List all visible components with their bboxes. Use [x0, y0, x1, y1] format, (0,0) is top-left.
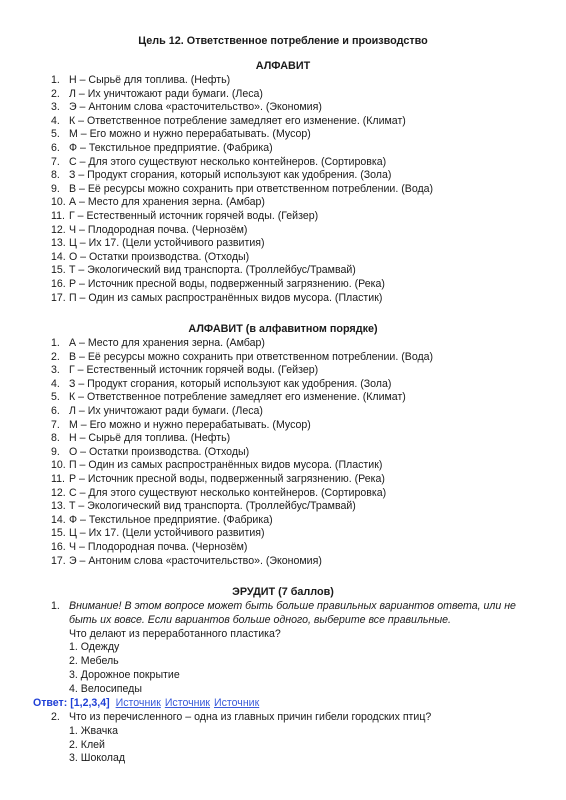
source-link[interactable]: Источник [165, 697, 210, 709]
item-number: 2. [51, 88, 60, 102]
item-number: 3. [51, 101, 60, 115]
option: 1. Жвачка [69, 725, 521, 739]
item-number: 17. [51, 555, 66, 569]
item-text: Л – Их уничтожают ради бумаги. (Леса) [69, 405, 263, 417]
item-number: 16. [51, 278, 66, 292]
item-text: А – Место для хранения зерна. (Амбар) [69, 337, 265, 349]
item-number: 7. [51, 156, 60, 170]
list-item: 2.Л – Их уничтожают ради бумаги. (Леса) [51, 88, 433, 102]
item-number: 9. [51, 446, 60, 460]
item-number: 5. [51, 391, 60, 405]
list-item: 6.Ф – Текстильное предприятие. (Фабрика) [51, 142, 433, 156]
question-text: Что из перечисленного – одна из главных … [69, 711, 521, 725]
item-text: Р – Источник пресной воды, подверженный … [69, 473, 385, 485]
option: 1. Одежду [69, 641, 521, 655]
list-item: 3.Э – Антоним слова «расточительство». (… [51, 101, 433, 115]
list-item: 8.Н – Сырьё для топлива. (Нефть) [51, 432, 433, 446]
list-item: 1.А – Место для хранения зерна. (Амбар) [51, 337, 433, 351]
list-item: 8.З – Продукт сгорания, который использу… [51, 169, 433, 183]
item-number: 14. [51, 251, 66, 265]
source-link[interactable]: Источник [214, 697, 259, 709]
item-text: Н – Сырьё для топлива. (Нефть) [69, 74, 230, 86]
item-text: Н – Сырьё для топлива. (Нефть) [69, 432, 230, 444]
item-text: О – Остатки производства. (Отходы) [69, 251, 249, 263]
answer-label: Ответ: [1,2,3,4] [33, 697, 110, 709]
item-text: В – Её ресурсы можно сохранить при ответ… [69, 183, 433, 195]
item-text: Л – Их уничтожают ради бумаги. (Леса) [69, 88, 263, 100]
item-text: Т – Экологический вид транспорта. (Тролл… [69, 500, 356, 512]
list-item: 4.З – Продукт сгорания, который использу… [51, 378, 433, 392]
item-number: 2. [51, 351, 60, 365]
alphabet-list: 1.Н – Сырьё для топлива. (Нефть)2.Л – Их… [51, 74, 433, 305]
item-number: 11. [51, 210, 65, 224]
list-item: 3.Г – Естественный источник горячей воды… [51, 364, 433, 378]
item-text: Ц – Их 17. (Цели устойчивого развития) [69, 237, 265, 249]
list-item: 14.О – Остатки производства. (Отходы) [51, 251, 433, 265]
option: 3. Дорожное покрытие [69, 669, 521, 683]
item-number: 3. [51, 364, 60, 378]
list-item: 17.Э – Антоним слова «расточительство». … [51, 555, 433, 569]
list-item: 15.Т – Экологический вид транспорта. (Тр… [51, 264, 433, 278]
item-number: 16. [51, 541, 66, 555]
item-text: М – Его можно и нужно перерабатывать. (М… [69, 128, 311, 140]
item-text: Г – Естественный источник горячей воды. … [69, 364, 318, 376]
item-text: К – Ответственное потребление замедляет … [69, 391, 406, 403]
item-text: Э – Антоним слова «расточительство». (Эк… [69, 101, 322, 113]
item-text: З – Продукт сгорания, который используют… [69, 378, 391, 390]
item-text: П – Один из самых распространённых видов… [69, 292, 382, 304]
item-number: 11. [51, 473, 65, 487]
item-text: Ф – Текстильное предприятие. (Фабрика) [69, 514, 273, 526]
item-number: 15. [51, 264, 66, 278]
item-number: 17. [51, 292, 66, 306]
list-item: 14.Ф – Текстильное предприятие. (Фабрика… [51, 514, 433, 528]
item-text: М – Его можно и нужно перерабатывать. (М… [69, 419, 311, 431]
item-text: С – Для этого существуют несколько конте… [69, 156, 386, 168]
list-item: 4.К – Ответственное потребление замедляе… [51, 115, 433, 129]
document-page: Цель 12. Ответственное потребление и про… [0, 0, 566, 800]
item-number: 6. [51, 405, 60, 419]
source-link[interactable]: Источник [116, 697, 161, 709]
list-item: 13.Ц – Их 17. (Цели устойчивого развития… [51, 237, 433, 251]
item-number: 15. [51, 527, 66, 541]
list-item: 7.С – Для этого существуют несколько кон… [51, 156, 433, 170]
list-item: 10.А – Место для хранения зерна. (Амбар) [51, 196, 433, 210]
option: 4. Велосипеды [69, 683, 521, 697]
item-text: Т – Экологический вид транспорта. (Тролл… [69, 264, 356, 276]
list-item: 5.К – Ответственное потребление замедляе… [51, 391, 433, 405]
item-text: З – Продукт сгорания, который используют… [69, 169, 391, 181]
item-text: К – Ответственное потребление замедляет … [69, 115, 406, 127]
list-item: 12.Ч – Плодородная почва. (Чернозём) [51, 224, 433, 238]
section-heading-alphabet: АЛФАВИТ [0, 60, 566, 72]
list-item: 1.Н – Сырьё для топлива. (Нефть) [51, 74, 433, 88]
list-item: 9.В – Её ресурсы можно сохранить при отв… [51, 183, 433, 197]
list-item: 17.П – Один из самых распространённых ви… [51, 292, 433, 306]
section-heading-erudite: ЭРУДИТ (7 баллов) [0, 586, 566, 598]
list-item: 12.С – Для этого существуют несколько ко… [51, 487, 433, 501]
item-number: 14. [51, 514, 66, 528]
list-item: 9.О – Остатки производства. (Отходы) [51, 446, 433, 460]
question-2: 2. Что из перечисленного – одна из главн… [51, 711, 521, 766]
item-number: 6. [51, 142, 60, 156]
item-number: 13. [51, 237, 66, 251]
item-text: П – Один из самых распространённых видов… [69, 459, 382, 471]
list-item: 11.Г – Естественный источник горячей вод… [51, 210, 433, 224]
option: 2. Мебель [69, 655, 521, 669]
item-text: В – Её ресурсы можно сохранить при ответ… [69, 351, 433, 363]
answer-line: Ответ: [1,2,3,4] Источник Источник Источ… [33, 697, 259, 711]
item-text: Э – Антоним слова «расточительство». (Эк… [69, 555, 322, 567]
question-1: 1. Внимание! В этом вопросе может быть б… [51, 600, 521, 697]
item-number: 13. [51, 500, 66, 514]
list-item: 16.Ч – Плодородная почва. (Чернозём) [51, 541, 433, 555]
option: 2. Клей [69, 739, 521, 753]
alphabet-sorted-list: 1.А – Место для хранения зерна. (Амбар)2… [51, 337, 433, 568]
list-item: 2.В – Её ресурсы можно сохранить при отв… [51, 351, 433, 365]
item-text: Ч – Плодородная почва. (Чернозём) [69, 541, 247, 553]
item-number: 1. [51, 337, 60, 351]
item-number: 8. [51, 169, 60, 183]
list-item: 13.Т – Экологический вид транспорта. (Тр… [51, 500, 433, 514]
item-text: Г – Естественный источник горячей воды. … [69, 210, 318, 222]
list-item: 7.М – Его можно и нужно перерабатывать. … [51, 419, 433, 433]
list-item: 16.Р – Источник пресной воды, подверженн… [51, 278, 433, 292]
list-item: 10.П – Один из самых распространённых ви… [51, 459, 433, 473]
item-text: Ф – Текстильное предприятие. (Фабрика) [69, 142, 273, 154]
question-text: Что делают из переработанного пластика? [69, 628, 521, 642]
item-text: А – Место для хранения зерна. (Амбар) [69, 196, 265, 208]
item-number: 10. [51, 196, 66, 210]
question-note: Внимание! В этом вопросе может быть боль… [69, 600, 521, 628]
item-text: Ч – Плодородная почва. (Чернозём) [69, 224, 247, 236]
list-item: 6.Л – Их уничтожают ради бумаги. (Леса) [51, 405, 433, 419]
section-heading-alphabet-sorted: АЛФАВИТ (в алфавитном порядке) [0, 323, 566, 335]
page-title: Цель 12. Ответственное потребление и про… [0, 35, 566, 47]
question-number: 2. [51, 711, 60, 725]
item-number: 9. [51, 183, 60, 197]
item-number: 8. [51, 432, 60, 446]
item-number: 10. [51, 459, 66, 473]
item-number: 4. [51, 115, 60, 129]
item-text: С – Для этого существуют несколько конте… [69, 487, 386, 499]
item-text: Р – Источник пресной воды, подверженный … [69, 278, 385, 290]
question-number: 1. [51, 600, 60, 614]
item-number: 12. [51, 487, 66, 501]
item-text: Ц – Их 17. (Цели устойчивого развития) [69, 527, 265, 539]
item-text: О – Остатки производства. (Отходы) [69, 446, 249, 458]
item-number: 7. [51, 419, 60, 433]
item-number: 5. [51, 128, 60, 142]
list-item: 5.М – Его можно и нужно перерабатывать. … [51, 128, 433, 142]
item-number: 4. [51, 378, 60, 392]
list-item: 15.Ц – Их 17. (Цели устойчивого развития… [51, 527, 433, 541]
item-number: 12. [51, 224, 66, 238]
option: 3. Шоколад [69, 752, 521, 766]
item-number: 1. [51, 74, 60, 88]
list-item: 11.Р – Источник пресной воды, подверженн… [51, 473, 433, 487]
